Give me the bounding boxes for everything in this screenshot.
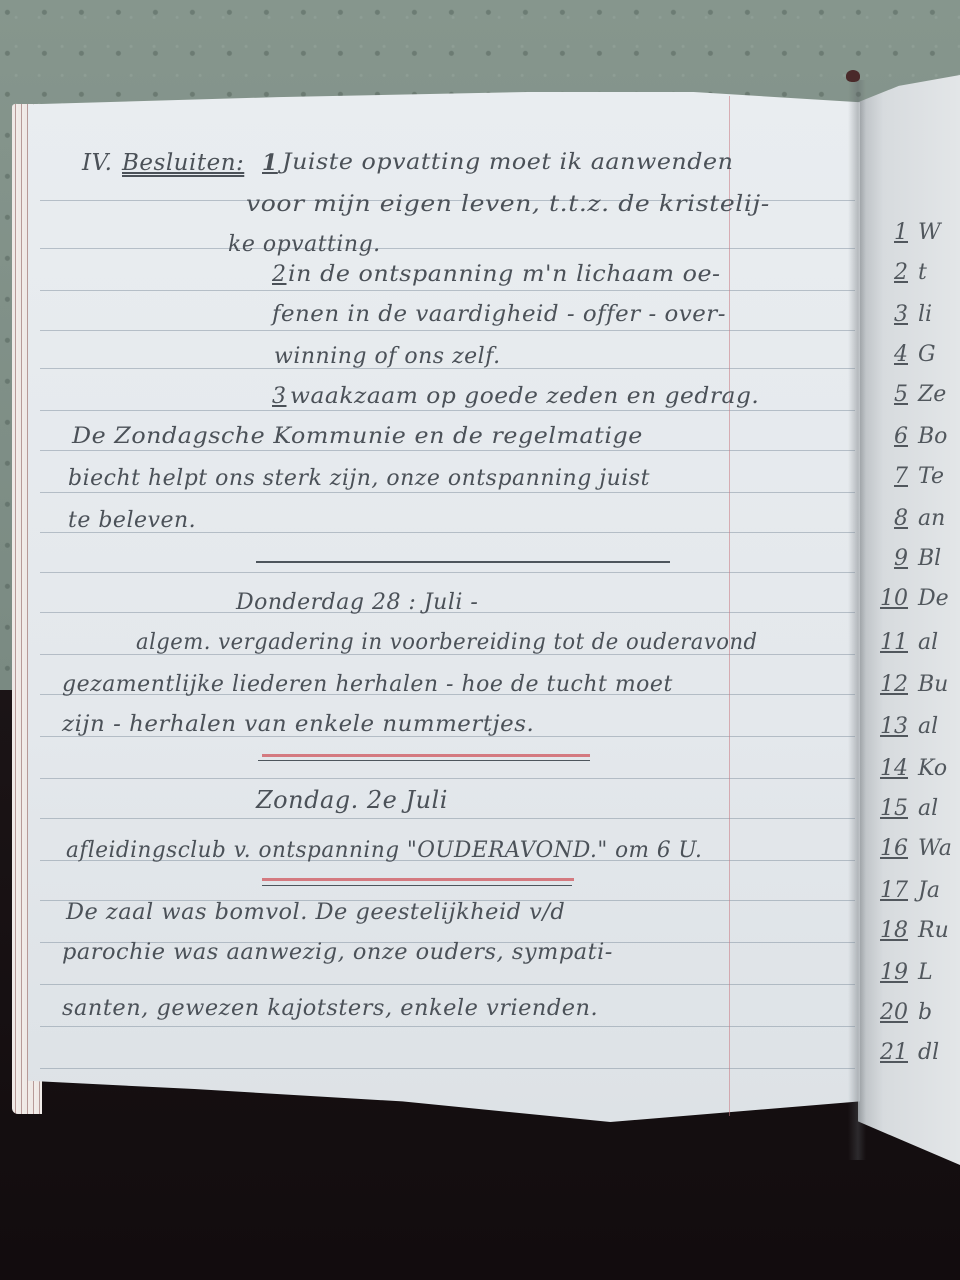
list-item: 15al bbox=[872, 796, 938, 821]
resolution-line: ke opvatting. bbox=[228, 232, 381, 257]
list-item: 14Ko bbox=[872, 756, 947, 781]
entry-date: Donderdag 28 : Juli - bbox=[236, 590, 478, 615]
list-item: 16Wa bbox=[872, 836, 952, 861]
bookmark-ribbon bbox=[846, 70, 860, 82]
list-item: 1W bbox=[872, 220, 941, 245]
list-item: 5Ze bbox=[872, 382, 946, 407]
entry-line: algem. vergadering in voorbereiding tot … bbox=[136, 630, 758, 655]
entry-line: afleidingsclub v. ontspanning "OUDERAVON… bbox=[66, 838, 702, 863]
resolution-number: 3 bbox=[272, 384, 287, 409]
resolution-number: 1 bbox=[262, 150, 278, 176]
paragraph-line: De Zondagsche Kommunie en de regelmatige bbox=[72, 424, 643, 449]
list-item: 17Ja bbox=[872, 878, 940, 903]
entry-line: zijn - herhalen van enkele nummertjes. bbox=[62, 712, 534, 737]
list-item: 18Ru bbox=[872, 918, 949, 943]
resolution-line: Juiste opvatting moet ik aanwenden bbox=[282, 150, 733, 175]
resolution-number: 2 bbox=[272, 262, 287, 287]
section-divider bbox=[258, 760, 590, 761]
paragraph-line: santen, gewezen kajotsters, enkele vrien… bbox=[62, 996, 598, 1021]
section-title: Besluiten: bbox=[122, 150, 244, 176]
paragraph-line: parochie was aanwezig, onze ouders, symp… bbox=[62, 940, 613, 965]
section-divider bbox=[256, 561, 670, 563]
red-divider bbox=[262, 754, 590, 757]
resolution-line: in de ontspanning m'n lichaam oe- bbox=[288, 262, 721, 287]
margin-line bbox=[729, 96, 730, 1116]
list-item: 10De bbox=[872, 586, 949, 611]
list-item: 2t bbox=[872, 260, 927, 285]
list-item: 9Bl bbox=[872, 546, 941, 571]
list-item: 7Te bbox=[872, 464, 944, 489]
list-item: 12Bu bbox=[872, 672, 948, 697]
section-numeral: IV. bbox=[82, 150, 113, 176]
list-item: 19L bbox=[872, 960, 933, 985]
list-item: 11al bbox=[872, 630, 938, 655]
red-divider bbox=[262, 878, 574, 881]
list-item: 4G bbox=[872, 342, 936, 367]
paragraph-line: De zaal was bomvol. De geestelijkheid v/… bbox=[66, 900, 565, 925]
paragraph-line: biecht helpt ons sterk zijn, onze ontspa… bbox=[68, 466, 650, 491]
list-item: 20b bbox=[872, 1000, 932, 1025]
entry-line: gezamentlijke liederen herhalen - hoe de… bbox=[62, 672, 673, 697]
list-item: 21dl bbox=[872, 1040, 939, 1065]
resolution-line: fenen in de vaardigheid - offer - over- bbox=[272, 302, 726, 327]
list-item: 3li bbox=[872, 302, 932, 327]
section-divider bbox=[262, 885, 572, 886]
list-item: 8an bbox=[872, 506, 945, 531]
resolution-line: winning of ons zelf. bbox=[274, 344, 501, 369]
list-item: 13al bbox=[872, 714, 938, 739]
list-item: 6Bo bbox=[872, 424, 947, 449]
paragraph-line: te beleven. bbox=[68, 508, 196, 533]
book-gutter bbox=[848, 80, 866, 1160]
resolution-line: waakzaam op goede zeden en gedrag. bbox=[290, 384, 759, 409]
resolution-line: voor mijn eigen leven, t.t.z. de kristel… bbox=[246, 192, 770, 217]
entry-date: Zondag. 2e Juli bbox=[256, 786, 448, 814]
